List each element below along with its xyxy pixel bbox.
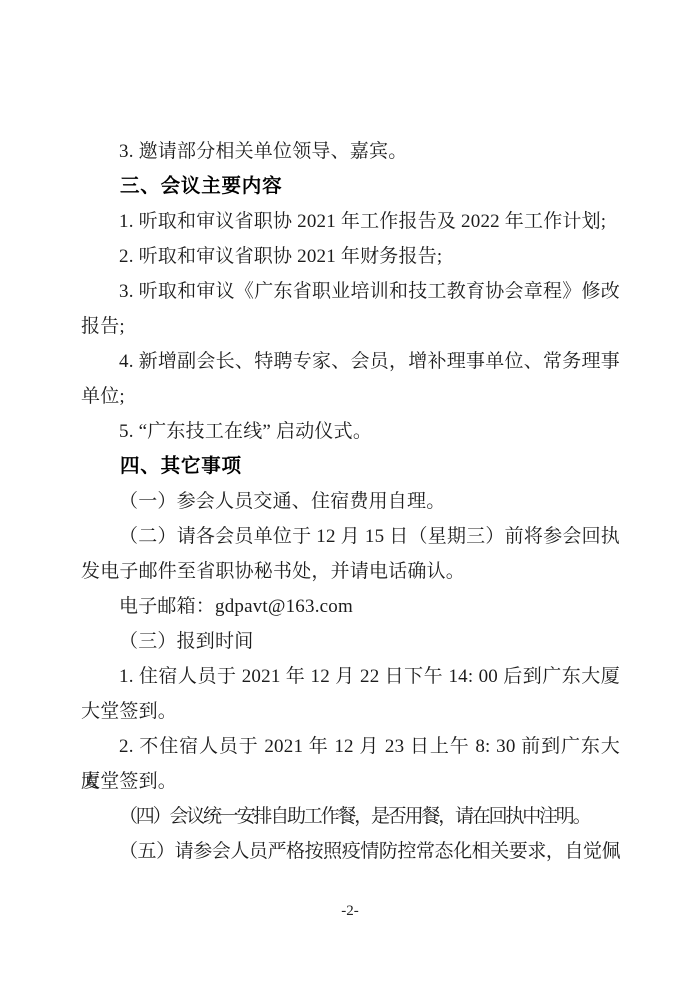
doc-line: 3. 邀请部分相关单位领导、嘉宾。 bbox=[81, 134, 620, 169]
doc-line: （五）请参会人员严格按照疫情防控常态化相关要求，自觉佩 bbox=[81, 834, 620, 869]
email-line: 电子邮箱：gdpavt@163.com bbox=[81, 589, 620, 624]
heading-other-matters: 四、其它事项 bbox=[81, 449, 620, 484]
doc-line: 报告; bbox=[81, 309, 620, 344]
doc-line: 发电子邮件至省职协秘书处，并请电话确认。 bbox=[81, 554, 620, 589]
doc-line: （三）报到时间 bbox=[81, 624, 620, 659]
doc-line: 大堂签到。 bbox=[81, 694, 620, 729]
doc-line: 5. “广东技工在线” 启动仪式。 bbox=[81, 414, 620, 449]
doc-line: 4. 新增副会长、特聘专家、会员，增补理事单位、常务理事 bbox=[81, 344, 620, 379]
doc-line: 2. 不住宿人员于 2021 年 12 月 23 日上午 8: 30 前到广东大… bbox=[81, 729, 620, 764]
heading-meeting-content: 三、会议主要内容 bbox=[81, 169, 620, 204]
doc-line: 大堂签到。 bbox=[81, 764, 620, 799]
doc-line: （一）参会人员交通、住宿费用自理。 bbox=[81, 484, 620, 519]
doc-line: 1. 听取和审议省职协 2021 年工作报告及 2022 年工作计划; bbox=[81, 204, 620, 239]
doc-line: 3. 听取和审议《广东省职业培训和技工教育协会章程》修改 bbox=[81, 274, 620, 309]
doc-line: 2. 听取和审议省职协 2021 年财务报告; bbox=[81, 239, 620, 274]
doc-line: 单位; bbox=[81, 379, 620, 414]
doc-line: 1. 住宿人员于 2021 年 12 月 22 日下午 14: 00 后到广东大… bbox=[81, 659, 620, 694]
doc-line: （二）请各会员单位于 12 月 15 日（星期三）前将参会回执 bbox=[81, 519, 620, 554]
document-body: 3. 邀请部分相关单位领导、嘉宾。 三、会议主要内容 1. 听取和审议省职协 2… bbox=[81, 134, 620, 869]
page-number: -2- bbox=[0, 900, 700, 922]
document-page: 3. 邀请部分相关单位领导、嘉宾。 三、会议主要内容 1. 听取和审议省职协 2… bbox=[0, 0, 700, 990]
doc-line: （四）会议统一安排自助工作餐，是否用餐，请在回执中注明。 bbox=[81, 799, 620, 834]
